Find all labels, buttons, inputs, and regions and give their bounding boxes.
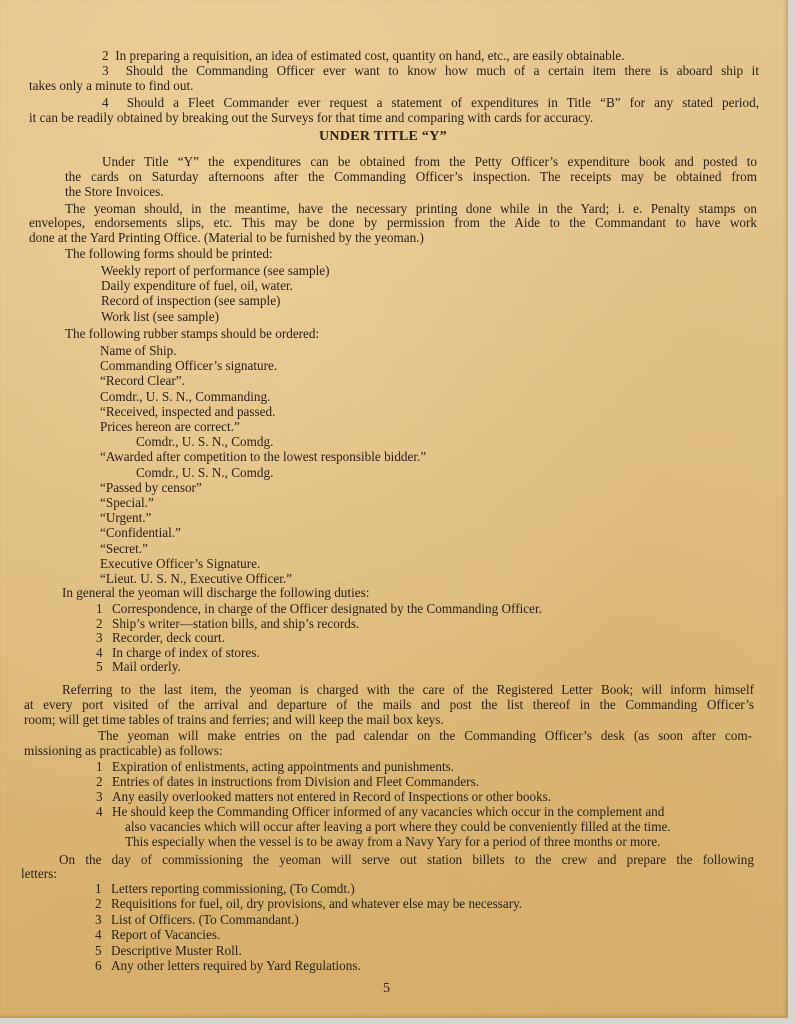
section-heading: UNDER TITLE “Y” (319, 130, 447, 145)
item-text: Correspondence, in charge of the Officer… (112, 601, 542, 616)
item-number: 3 (95, 913, 111, 928)
item-number: 1 (96, 760, 112, 775)
letter-item: 1Letters reporting commissioning, (To Co… (95, 882, 355, 897)
form-item: Record of inspection (see sample) (101, 294, 280, 309)
item-text: Requisitions for fuel, oil, dry provisio… (111, 896, 522, 911)
duty-item: 1Correspondence, in charge of the Office… (96, 602, 542, 617)
stamps-intro: The following rubber stamps should be or… (65, 327, 319, 342)
item-text: In charge of index of stores. (112, 645, 260, 660)
item-number: 2 (95, 897, 111, 912)
page-number: 5 (383, 982, 390, 997)
item-number: 1 (95, 882, 111, 897)
mail-paragraph-line-2: at every port visited of the arrival and… (24, 698, 754, 713)
intro-item-2: 2 In preparing a requisition, an idea of… (102, 49, 625, 64)
forms-intro: The following forms should be printed: (65, 247, 273, 262)
item-text: In preparing a requisition, an idea of e… (115, 48, 624, 63)
printing-paragraph-line-2: envelopes, endorsements slips, etc. This… (29, 216, 757, 231)
item-text: Report of Vacancies. (111, 927, 220, 942)
mail-paragraph-line-3: room; will get time tables of trains and… (24, 713, 444, 728)
item-number: 2 (96, 617, 112, 632)
item-number: 6 (95, 959, 111, 974)
stamp-item: “Received, inspected and passed. (100, 405, 275, 420)
calendar-item-cont: This especially when the vessel is to be… (125, 835, 660, 850)
item-number: 5 (95, 944, 111, 959)
item-number: 4 (102, 95, 109, 110)
stamp-item: “Lieut. U. S. N., Executive Officer.” (100, 572, 292, 587)
form-item: Daily expenditure of fuel, oil, water. (101, 279, 293, 294)
stamp-item: Name of Ship. (100, 344, 177, 359)
stamp-item: Executive Officer’s Signature. (100, 557, 260, 572)
form-item: Work list (see sample) (101, 310, 219, 325)
item-text: Should a Fleet Commander ever request a … (127, 95, 759, 110)
item-text: Any easily overlooked matters not entere… (112, 789, 551, 804)
item-text: Entries of dates in instructions from Di… (112, 774, 479, 789)
intro-item-4-cont: it can be readily obtained by breaking o… (29, 111, 593, 126)
stamp-item: Comdr., U. S. N., Commanding. (100, 390, 270, 405)
item-number: 2 (96, 775, 112, 790)
intro-item-3: 3 Should the Commanding Officer ever wan… (102, 64, 759, 79)
item-number: 4 (96, 805, 112, 820)
stamp-item: “Secret.” (100, 542, 148, 557)
item-number: 4 (96, 646, 112, 661)
item-text: List of Officers. (To Commandant.) (111, 912, 299, 927)
item-number: 3 (96, 790, 112, 805)
printing-paragraph-line-3: done at the Yard Printing Office. (Mater… (29, 231, 424, 246)
item-text: Any other letters required by Yard Regul… (111, 958, 361, 973)
mail-paragraph-line-1: Referring to the last item, the yeoman i… (62, 683, 754, 698)
item-number: 3 (96, 631, 112, 646)
intro-item-4: 4 Should a Fleet Commander ever request … (102, 96, 759, 111)
item-number: 1 (96, 602, 112, 617)
duty-item: 5Mail orderly. (96, 660, 181, 675)
calendar-paragraph-line-1: The yeoman will make entries on the pad … (98, 729, 752, 744)
stamp-item: “Record Clear”. (100, 374, 185, 389)
stamp-item: “Passed by censor” (100, 481, 202, 496)
duties-intro: In general the yeoman will discharge the… (62, 586, 369, 601)
stamp-item: Comdr., U. S. N., Comdg. (136, 435, 273, 450)
item-number: 2 (102, 48, 109, 63)
item-text: Expiration of enlistments, acting appoin… (112, 759, 454, 774)
duty-item: 2Ship’s writer—station bills, and ship’s… (96, 617, 359, 632)
stamp-item: “Special.” (100, 496, 154, 511)
item-number: 5 (96, 660, 112, 675)
item-text: Descriptive Muster Roll. (111, 943, 242, 958)
stamp-item: Prices hereon are correct.” (100, 420, 240, 435)
letter-item: 6Any other letters required by Yard Regu… (95, 959, 361, 974)
stamp-item: “Urgent.” (100, 511, 151, 526)
item-text: Ship’s writer—station bills, and ship’s … (112, 616, 359, 631)
commissioning-paragraph-line-2: letters: (21, 867, 57, 882)
item-text: He should keep the Commanding Officer in… (112, 804, 664, 819)
duty-item: 3Recorder, deck court. (96, 631, 225, 646)
title-y-paragraph-line-2: the cards on Saturday afternoons after t… (65, 170, 757, 185)
commissioning-paragraph-line-1: On the day of commissioning the yeoman w… (59, 853, 754, 868)
stamp-item: “Awarded after competition to the lowest… (100, 450, 426, 465)
title-y-paragraph-line-3: the Store Invoices. (65, 185, 164, 200)
intro-item-3-cont: takes only a minute to find out. (29, 79, 193, 94)
item-text: Should the Commanding Officer ever want … (126, 63, 759, 78)
calendar-item-cont: also vacancies which will occur after le… (125, 820, 671, 835)
item-number: 4 (95, 928, 111, 943)
stamp-item: Commanding Officer’s signature. (100, 359, 277, 374)
item-text: Letters reporting commissioning, (To Com… (111, 881, 355, 896)
calendar-item: 1Expiration of enlistments, acting appoi… (96, 760, 454, 775)
letter-item: 4Report of Vacancies. (95, 928, 220, 943)
item-text: Recorder, deck court. (112, 630, 225, 645)
calendar-item: 4He should keep the Commanding Officer i… (96, 805, 664, 820)
item-text: Mail orderly. (112, 659, 181, 674)
form-item: Weekly report of performance (see sample… (101, 264, 330, 279)
item-number: 3 (102, 63, 109, 78)
stamp-item: Comdr., U. S. N., Comdg. (136, 466, 273, 481)
letter-item: 2Requisitions for fuel, oil, dry provisi… (95, 897, 522, 912)
title-y-paragraph-line-1: Under Title “Y” the expenditures can be … (102, 155, 757, 170)
letter-item: 5Descriptive Muster Roll. (95, 944, 242, 959)
calendar-paragraph-line-2: missioning as practicable) as follows: (24, 744, 223, 759)
stamp-item: “Confidential.” (100, 526, 181, 541)
duty-item: 4In charge of index of stores. (96, 646, 260, 661)
document-page: 2 In preparing a requisition, an idea of… (0, 0, 788, 1018)
calendar-item: 2Entries of dates in instructions from D… (96, 775, 479, 790)
letter-item: 3List of Officers. (To Commandant.) (95, 913, 299, 928)
calendar-item: 3Any easily overlooked matters not enter… (96, 790, 551, 805)
